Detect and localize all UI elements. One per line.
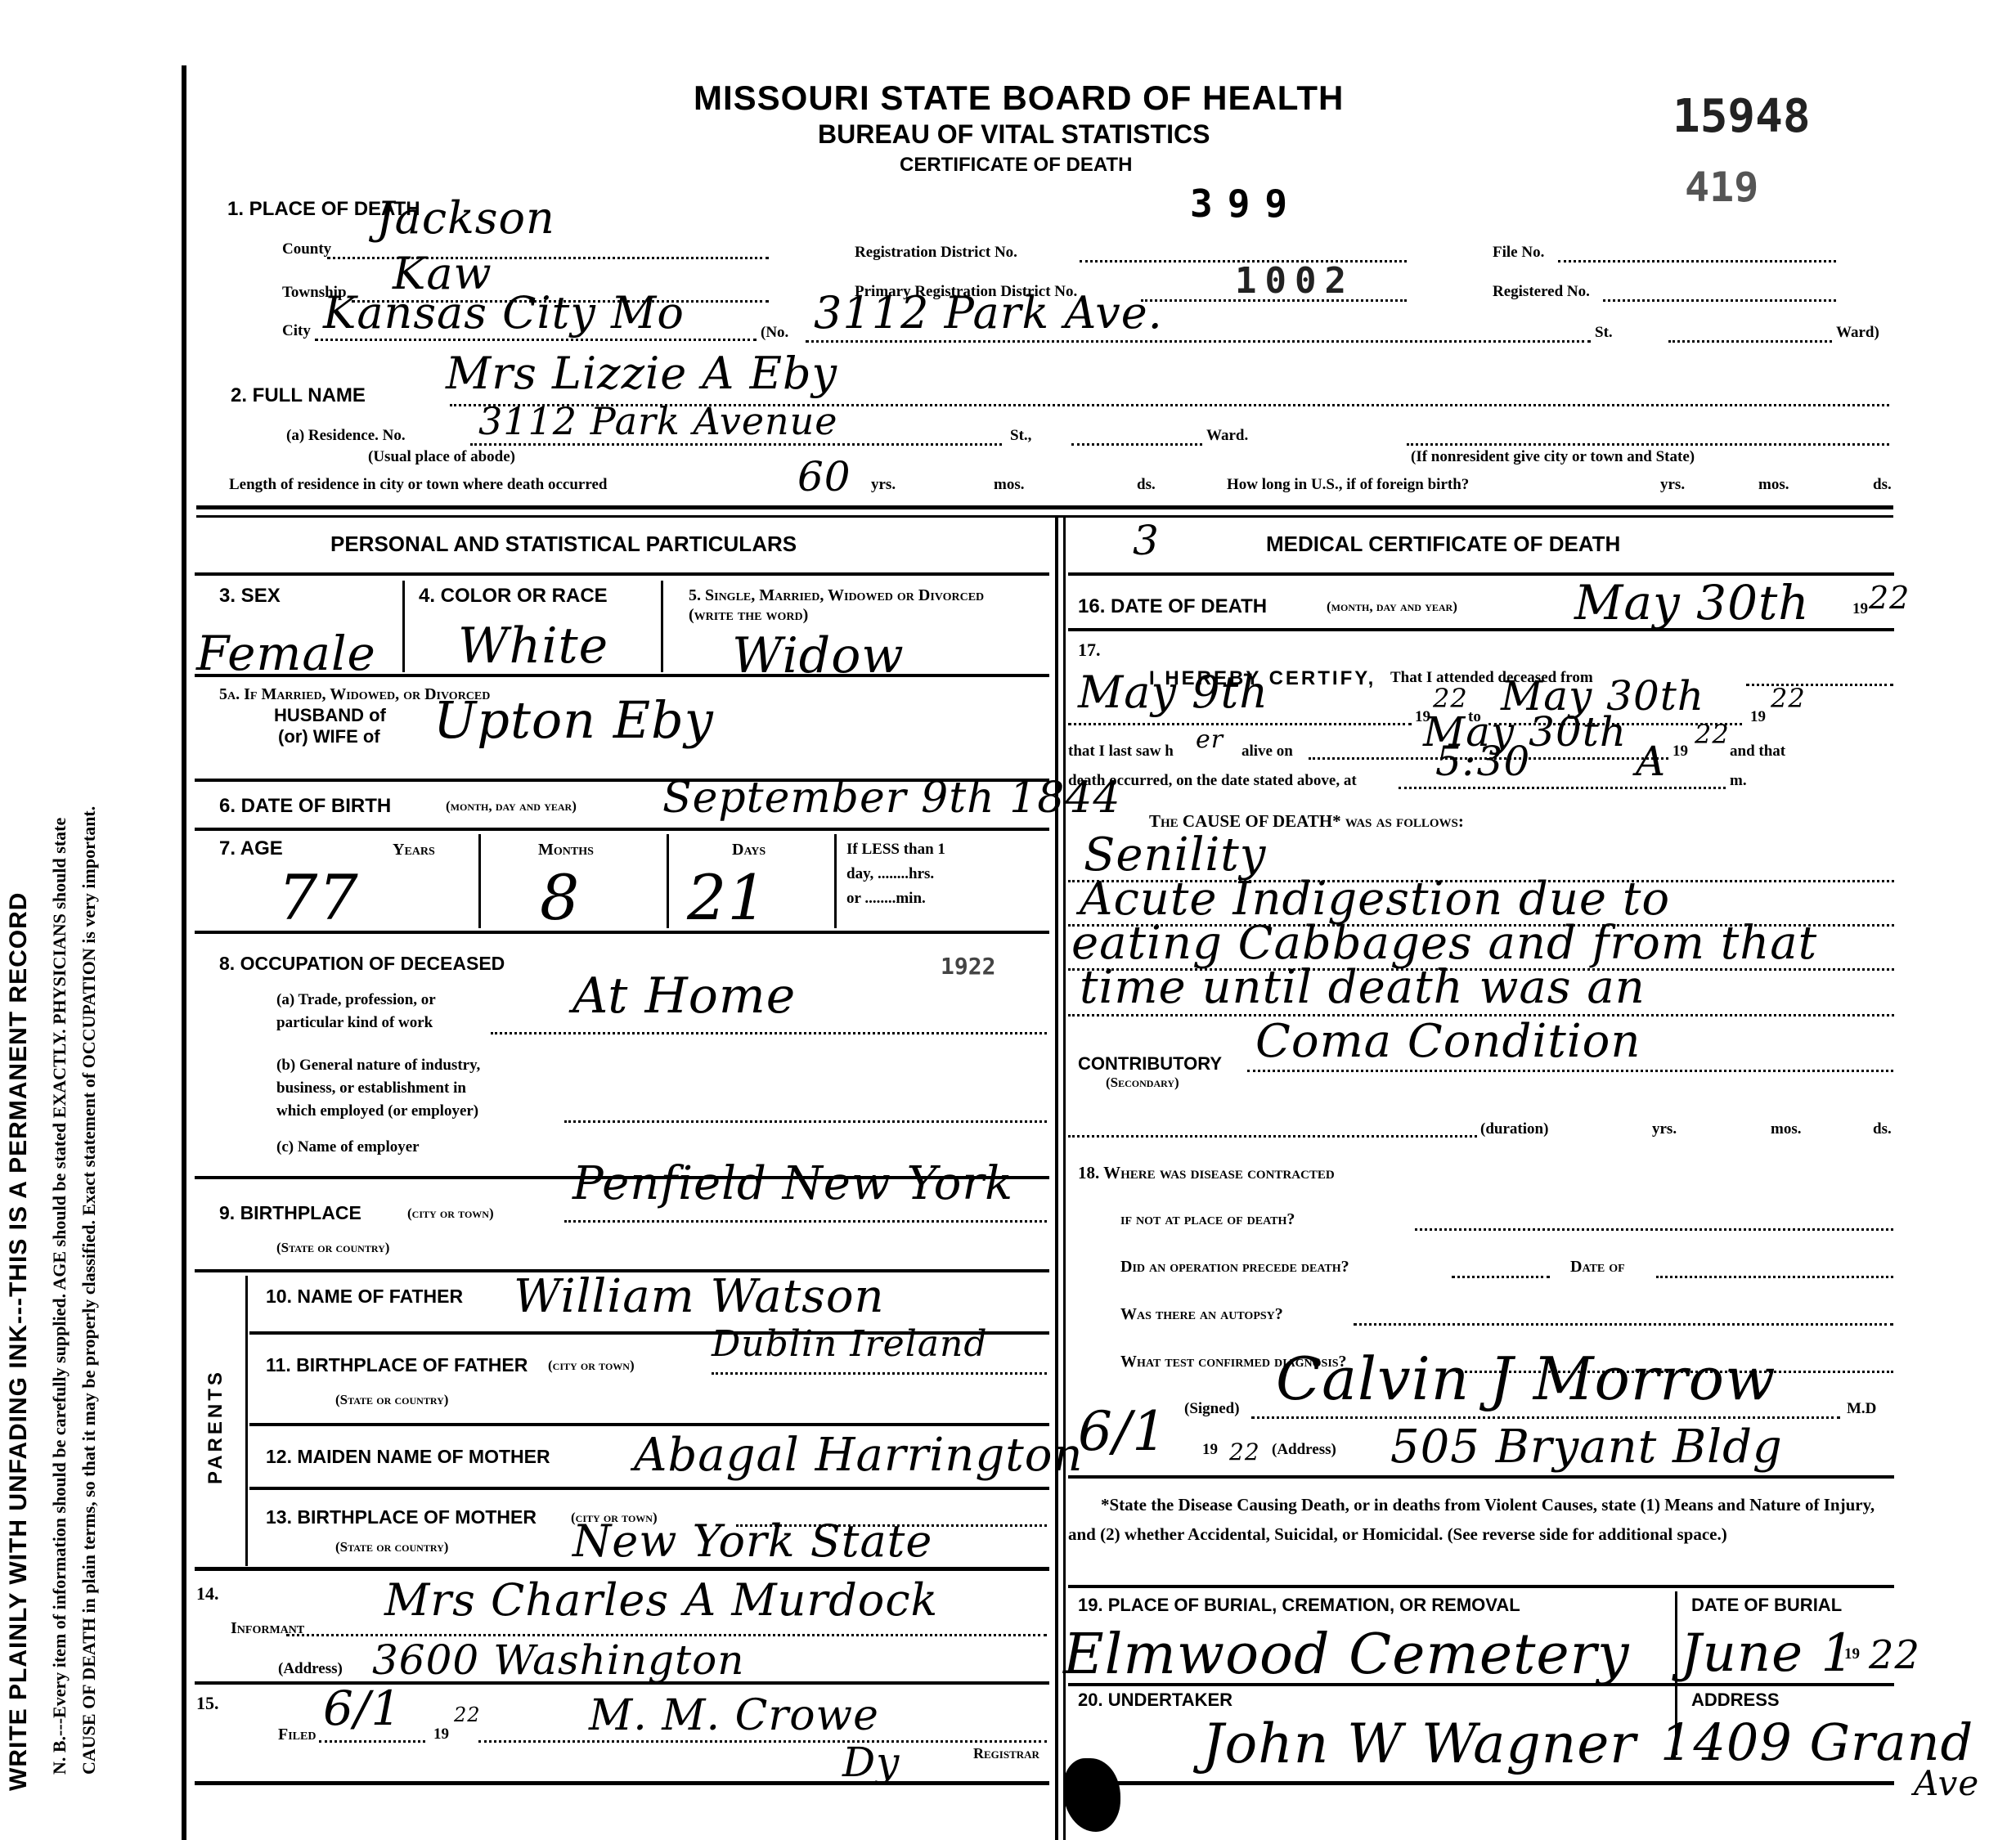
filed-year-value: 22 [454, 1705, 481, 1725]
ds-label: ds. [1137, 476, 1156, 494]
not-place-question: if not at place of death? [1120, 1210, 1295, 1229]
industry-field[interactable] [564, 1102, 1047, 1123]
filed-number: 15. [196, 1693, 219, 1714]
to-year-prefix: 19 [1750, 708, 1766, 726]
burial-date-value: June 1 [1681, 1627, 1855, 1680]
marital-value: Widow [732, 631, 905, 680]
date-of-label: Date of [1570, 1258, 1625, 1277]
registered-no-field[interactable] [1603, 280, 1836, 302]
dod-label: 16. DATE OF DEATH [1078, 595, 1267, 618]
nonresident-field[interactable] [1407, 424, 1889, 446]
age-days-label: Days [732, 841, 766, 859]
occupation-label: 8. OCCUPATION OF DECEASED [219, 953, 505, 975]
burial-year-value: 22 [1869, 1636, 1920, 1675]
undertaker-address-value: 1409 Grand [1660, 1717, 1973, 1768]
less-than-label-3: or ........min. [846, 890, 926, 908]
occ-b-label-2: business, or establishment in [276, 1079, 466, 1097]
physician-address-value: 505 Bryant Bldg [1390, 1425, 1783, 1470]
last-saw-pronoun: er [1196, 728, 1224, 752]
form-left-border [182, 65, 186, 1840]
city-value: Kansas City Mo [323, 291, 685, 335]
primary-reg-value: 1002 [1235, 260, 1354, 302]
occupation-value: At Home [572, 972, 796, 1021]
medical-heading: MEDICAL CERTIFICATE OF DEATH [1266, 532, 1620, 557]
registrar-label: Registrar [973, 1745, 1039, 1762]
duration-ds: ds. [1873, 1120, 1892, 1138]
residence-st-label: St., [1010, 427, 1031, 445]
item-18-label: 18. Where was disease contracted [1078, 1163, 1335, 1183]
mos-label: mos. [994, 476, 1024, 494]
rule [667, 834, 669, 928]
last-saw-year-prefix: 19 [1673, 743, 1688, 761]
cause-value-1: Senility [1084, 832, 1266, 878]
and-that-label: and that [1730, 743, 1785, 761]
file-no-label: File No. [1493, 244, 1544, 262]
marital-label: 5. Single, Married, Widowed or Divorced … [689, 586, 1032, 625]
registrar-initials: Dy [842, 1742, 900, 1783]
contributory-value: Coma Condition [1255, 1019, 1641, 1065]
spouse-value: Upton Eby [433, 695, 714, 746]
mother-birthplace-value: New York State [572, 1519, 932, 1564]
signed-year-prefix: 19 [1202, 1441, 1218, 1459]
last-saw-label: that I last saw h [1068, 743, 1174, 761]
rule [661, 581, 663, 672]
margin-mark: 3 [1133, 520, 1160, 561]
birthplace-label: 9. BIRTHPLACE [219, 1202, 361, 1224]
filed-year-prefix: 19 [433, 1726, 449, 1744]
death-occurred-label: death occurred, on the date stated above… [1068, 772, 1357, 790]
burial-place-label: 19. PLACE OF BURIAL, CREMATION, OR REMOV… [1078, 1595, 1520, 1616]
age-months-label: Months [538, 841, 594, 859]
secondary-label: (Secondary) [1106, 1075, 1179, 1091]
street-no-label: (No. [761, 324, 788, 342]
father-birthplace-value: Dublin Ireland [712, 1326, 988, 1362]
yrs-label: yrs. [871, 476, 896, 494]
wife-of-label: (or) WIFE of [278, 726, 380, 747]
ward-field[interactable] [1668, 321, 1832, 343]
foreign-mos-label: mos. [1758, 476, 1789, 494]
alive-on-label: alive on [1241, 743, 1293, 761]
rule [195, 1781, 1049, 1785]
informant-address-value: 3600 Washington [372, 1640, 744, 1681]
rule [1068, 1585, 1894, 1588]
dob-label: 6. DATE OF BIRTH [219, 795, 391, 818]
full-name-label: 2. FULL NAME [231, 384, 366, 407]
signed-date-value: 6/1 [1078, 1405, 1167, 1459]
margin-note: 1922 [941, 953, 995, 980]
rule [1068, 628, 1894, 631]
doc-type: CERTIFICATE OF DEATH [900, 154, 1132, 177]
occ-a-label-2: particular kind of work [276, 1014, 433, 1032]
dob-value: September 9th 1844 [662, 777, 1120, 819]
burial-date-label: DATE OF BURIAL [1691, 1595, 1842, 1616]
attended-from-value: May 9th [1078, 671, 1268, 715]
father-birthplace-label: 11. BIRTHPLACE OF FATHER [266, 1354, 528, 1376]
occ-b-label-3: which employed (or employer) [276, 1102, 478, 1120]
informant-value: Mrs Charles A Murdock [384, 1578, 938, 1622]
section-divider [196, 515, 1893, 518]
rule [195, 572, 1049, 576]
residence-ward-field[interactable] [1071, 424, 1202, 446]
autopsy-question: Was there an autopsy? [1120, 1305, 1283, 1324]
husband-of-label: HUSBAND of [274, 705, 386, 726]
foreign-yrs-label: yrs. [1660, 476, 1685, 494]
filed-date-value: 6/1 [323, 1685, 402, 1732]
physician-signature: Calvin J Morrow [1276, 1349, 1776, 1408]
mother-maiden-value: Abagal Harrington [634, 1433, 1084, 1479]
last-saw-year-value: 22 [1695, 721, 1730, 747]
primary-reg-label: Primary Registration District No. [855, 283, 1077, 301]
operation-date-field[interactable] [1656, 1259, 1893, 1278]
m-suffix: m. [1730, 772, 1747, 790]
column-divider [1055, 518, 1058, 1840]
race-value: White [458, 622, 608, 671]
dod-year-value: 22 [1869, 582, 1910, 613]
dod-sub-label: (month, day and year) [1327, 599, 1457, 615]
mother-birthplace-label: 13. BIRTHPLACE OF MOTHER [266, 1506, 537, 1528]
length-residence-label: Length of residence in city or town wher… [229, 476, 607, 494]
contributory-label: CONTRIBUTORY [1078, 1053, 1222, 1075]
sidebar-instructions-line1: N. B.---Every item of information should… [49, 818, 70, 1775]
sidebar-permanent-record-note: WRITE PLAINLY WITH UNFADING INK---THIS I… [5, 892, 33, 1791]
rule [834, 834, 837, 928]
page-title: MISSOURI STATE BOARD OF HEALTH [694, 79, 1344, 118]
item-17-number: 17. [1078, 640, 1101, 661]
rule [402, 581, 405, 672]
occ-a-label-1: (a) Trade, profession, or [276, 991, 436, 1009]
birthplace-value: Penfield New York [572, 1161, 1013, 1207]
birthplace-city-sub: (city or town) [407, 1205, 494, 1222]
abode-note: (Usual place of abode) [368, 448, 515, 466]
undertaker-value: John W Wagner [1202, 1717, 1637, 1771]
autopsy-field[interactable] [1354, 1307, 1893, 1326]
dod-value: May 30th [1574, 579, 1810, 626]
rule [1068, 1781, 1894, 1785]
county-value: Jackson [376, 196, 555, 240]
residence-label: (a) Residence. No. [286, 427, 406, 445]
registrar-name: M. M. Crowe [589, 1694, 879, 1737]
rule [249, 1423, 1049, 1426]
section-divider [196, 505, 1893, 509]
rule [195, 1567, 1049, 1571]
race-label: 4. COLOR OR RACE [419, 585, 608, 608]
ink-blot [1063, 1758, 1120, 1832]
street-st-label: St. [1595, 324, 1613, 342]
age-years-label: Years [393, 841, 435, 859]
death-time-value: 5:30 [1435, 741, 1530, 782]
sex-value: Female [196, 630, 376, 677]
undertaker-label: 20. UNDERTAKER [1078, 1690, 1232, 1711]
sex-label: 3. SEX [219, 585, 281, 608]
father-bp-city-sub: (city or town) [548, 1358, 635, 1374]
rule [245, 1276, 248, 1566]
cause-value-4: time until death was an [1080, 965, 1646, 1011]
informant-address-label: (Address) [278, 1660, 343, 1678]
mother-bp-state-sub: (State or country) [335, 1539, 448, 1555]
foreign-ds-label: ds. [1873, 476, 1892, 494]
ward-label: Ward) [1836, 324, 1879, 342]
occ-b-label-1: (b) General nature of industry, [276, 1057, 480, 1075]
cause-footnote: *State the Disease Causing Death, or in … [1068, 1490, 1886, 1549]
duration-yrs: yrs. [1652, 1120, 1677, 1138]
rule [1068, 1475, 1894, 1479]
file-stamp-bottom: 419 [1685, 164, 1758, 211]
dod-year-prefix: 19 [1852, 600, 1868, 618]
occ-c-label: (c) Name of employer [276, 1138, 420, 1156]
age-label: 7. AGE [219, 837, 283, 860]
operation-question: Did an operation precede death? [1120, 1258, 1349, 1277]
reg-district-label: Registration District No. [855, 244, 1017, 262]
rule [195, 828, 1049, 831]
father-name-label: 10. NAME OF FATHER [266, 1286, 463, 1308]
cause-value-2: Acute Indigestion due to [1080, 877, 1670, 922]
less-than-label-1: If LESS than 1 [846, 841, 945, 859]
attended-from-field-a[interactable] [1746, 667, 1893, 686]
full-name-value: Mrs Lizzie A Eby [446, 352, 837, 396]
mother-maiden-label: 12. MAIDEN NAME OF MOTHER [266, 1446, 550, 1468]
foreign-birth-label: How long in U.S., if of foreign birth? [1227, 476, 1469, 494]
undertaker-address-label: ADDRESS [1691, 1690, 1780, 1711]
burial-place-value: Elmwood Cemetery [1063, 1627, 1630, 1683]
parents-label: PARENTS [204, 1369, 227, 1484]
age-months-value: 8 [540, 867, 580, 929]
not-place-field[interactable] [1415, 1212, 1893, 1231]
father-name-value: William Watson [514, 1274, 885, 1320]
rule [195, 674, 1049, 677]
file-stamp-top: 15948 [1673, 90, 1811, 143]
age-years-value: 77 [278, 867, 359, 929]
less-than-label-2: day, ........hrs. [846, 865, 934, 883]
page-subtitle: BUREAU OF VITAL STATISTICS [818, 119, 1210, 150]
informant-number: 14. [196, 1583, 219, 1604]
rule [195, 931, 1049, 934]
father-bp-state-sub: (State or country) [335, 1392, 448, 1408]
personal-heading: PERSONAL AND STATISTICAL PARTICULARS [330, 532, 797, 557]
md-label: M.D [1847, 1400, 1876, 1418]
rule [1068, 1683, 1894, 1686]
filed-label: Filed [278, 1726, 316, 1744]
residence-value: 3112 Park Avenue [478, 402, 838, 440]
birthplace-state-sub: (State or country) [276, 1240, 389, 1256]
county-label: County [282, 240, 331, 258]
operation-field[interactable] [1452, 1259, 1550, 1278]
nonresident-note: (If nonresident give city or town and St… [1411, 448, 1695, 466]
burial-year-prefix: 19 [1844, 1645, 1860, 1663]
to-year-value: 22 [1771, 685, 1806, 711]
physician-address-label: (Address) [1272, 1441, 1336, 1459]
cause-value-3: eating Cabbages and from that [1071, 921, 1817, 967]
signed-year-value: 22 [1229, 1441, 1260, 1464]
length-years-value: 60 [797, 456, 851, 497]
residence-ward-label: Ward. [1206, 427, 1248, 445]
age-days-value: 21 [687, 867, 768, 929]
undertaker-address-value-2: Ave [1914, 1766, 1979, 1801]
certificate-stamp-number: 399 [1190, 182, 1302, 226]
rule [478, 834, 481, 928]
sidebar-instructions-line2: CAUSE OF DEATH in plain terms, so that i… [79, 806, 100, 1775]
file-no-field[interactable] [1558, 240, 1836, 263]
rule [249, 1487, 1049, 1490]
dob-sub-label: (month, day and year) [446, 798, 577, 815]
city-label: City [282, 322, 311, 340]
death-ampm-value: A [1636, 741, 1666, 782]
duration-mos: mos. [1771, 1120, 1801, 1138]
contributory-duration-field[interactable] [1068, 1119, 1477, 1138]
reg-district-field[interactable] [1080, 240, 1407, 263]
registered-no-label: Registered No. [1493, 283, 1590, 301]
signed-label: (Signed) [1184, 1400, 1240, 1418]
duration-label: (duration) [1480, 1120, 1548, 1138]
